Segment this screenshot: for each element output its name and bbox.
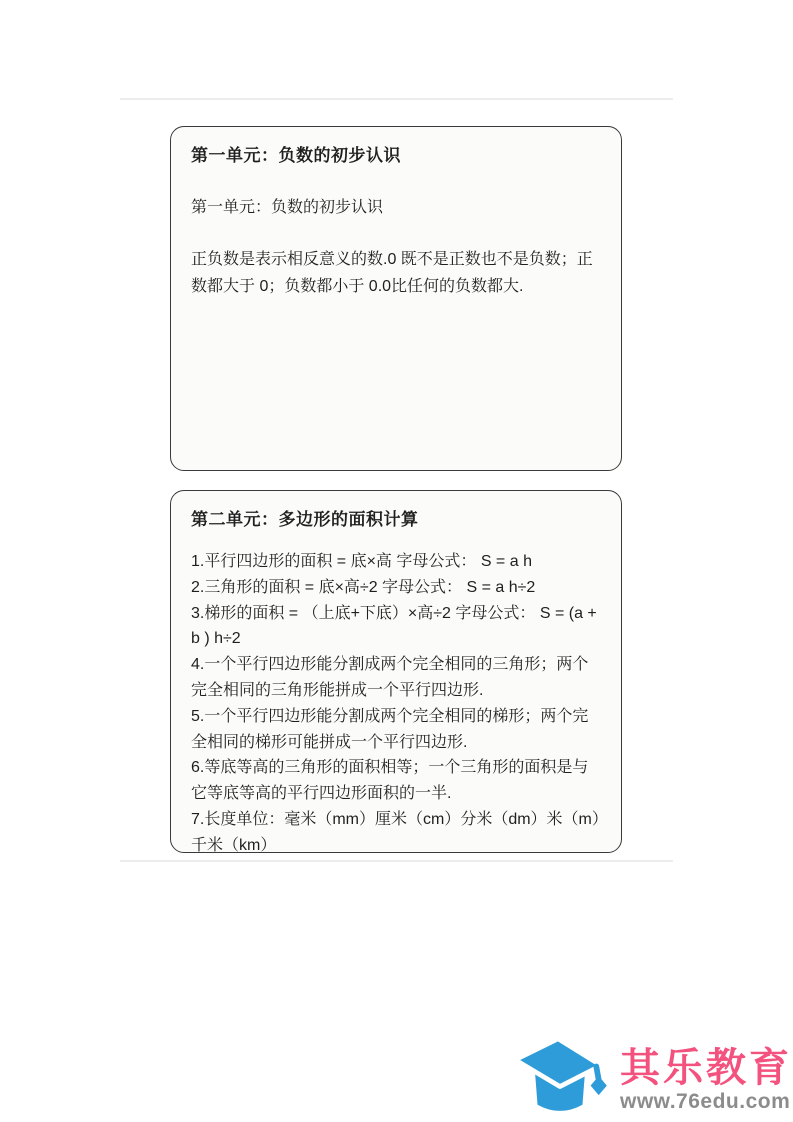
unit1-paragraph: 正负数是表示相反意义的数.0 既不是正数也不是负数；正数都大于 0；负数都小于 … (191, 246, 601, 300)
website-url: www.76edu.com (620, 1091, 792, 1113)
formula-item-6: 6.等底等高的三角形的面积相等；一个三角形的面积是与它等底等高的平行四边形面积的… (191, 755, 601, 807)
article-page: 第一单元：负数的初步认识 第一单元：负数的初步认识 正负数是表示相反意义的数.0… (0, 0, 793, 1122)
formula-item-1: 1.平行四边形的面积 = 底×高 字母公式： S = a h (191, 549, 601, 575)
logo-text-block: 其乐教育 www.76edu.com (620, 1034, 792, 1113)
unit1-card: 第一单元：负数的初步认识 第一单元：负数的初步认识 正负数是表示相反意义的数.0… (170, 126, 622, 471)
unit1-subtitle: 第一单元：负数的初步认识 (191, 196, 601, 220)
unit2-title: 第二单元：多边形的面积计算 (191, 508, 601, 532)
formula-item-5: 5.一个平行四边形能分割成两个完全相同的梯形；两个完全相同的梯形可能拼成一个平行… (191, 704, 601, 756)
formula-item-4: 4.一个平行四边形能分割成两个完全相同的三角形；两个完全相同的三角形能拼成一个平… (191, 652, 601, 704)
top-divider (120, 98, 673, 100)
formula-item-7: 7.长度单位：毫米（mm）厘米（cm）分米（dm）米（m）千米（km） (191, 807, 601, 859)
unit2-card: 第二单元：多边形的面积计算 1.平行四边形的面积 = 底×高 字母公式： S =… (170, 490, 622, 853)
unit2-item-list: 1.平行四边形的面积 = 底×高 字母公式： S = a h 2.三角形的面积 … (191, 549, 601, 859)
unit1-title: 第一单元：负数的初步认识 (191, 144, 601, 168)
brand-name: 其乐教育 (620, 1048, 792, 1088)
formula-item-2: 2.三角形的面积 = 底×高÷2 字母公式： S = a h÷2 (191, 575, 601, 601)
formula-item-3: 3.梯形的面积 = （上底+下底）×高÷2 字母公式： S = (a + b )… (191, 601, 601, 653)
site-logo-watermark: 其乐教育 www.76edu.com (504, 1034, 792, 1120)
graduation-cap-icon (504, 1034, 616, 1120)
bottom-divider (120, 860, 673, 862)
